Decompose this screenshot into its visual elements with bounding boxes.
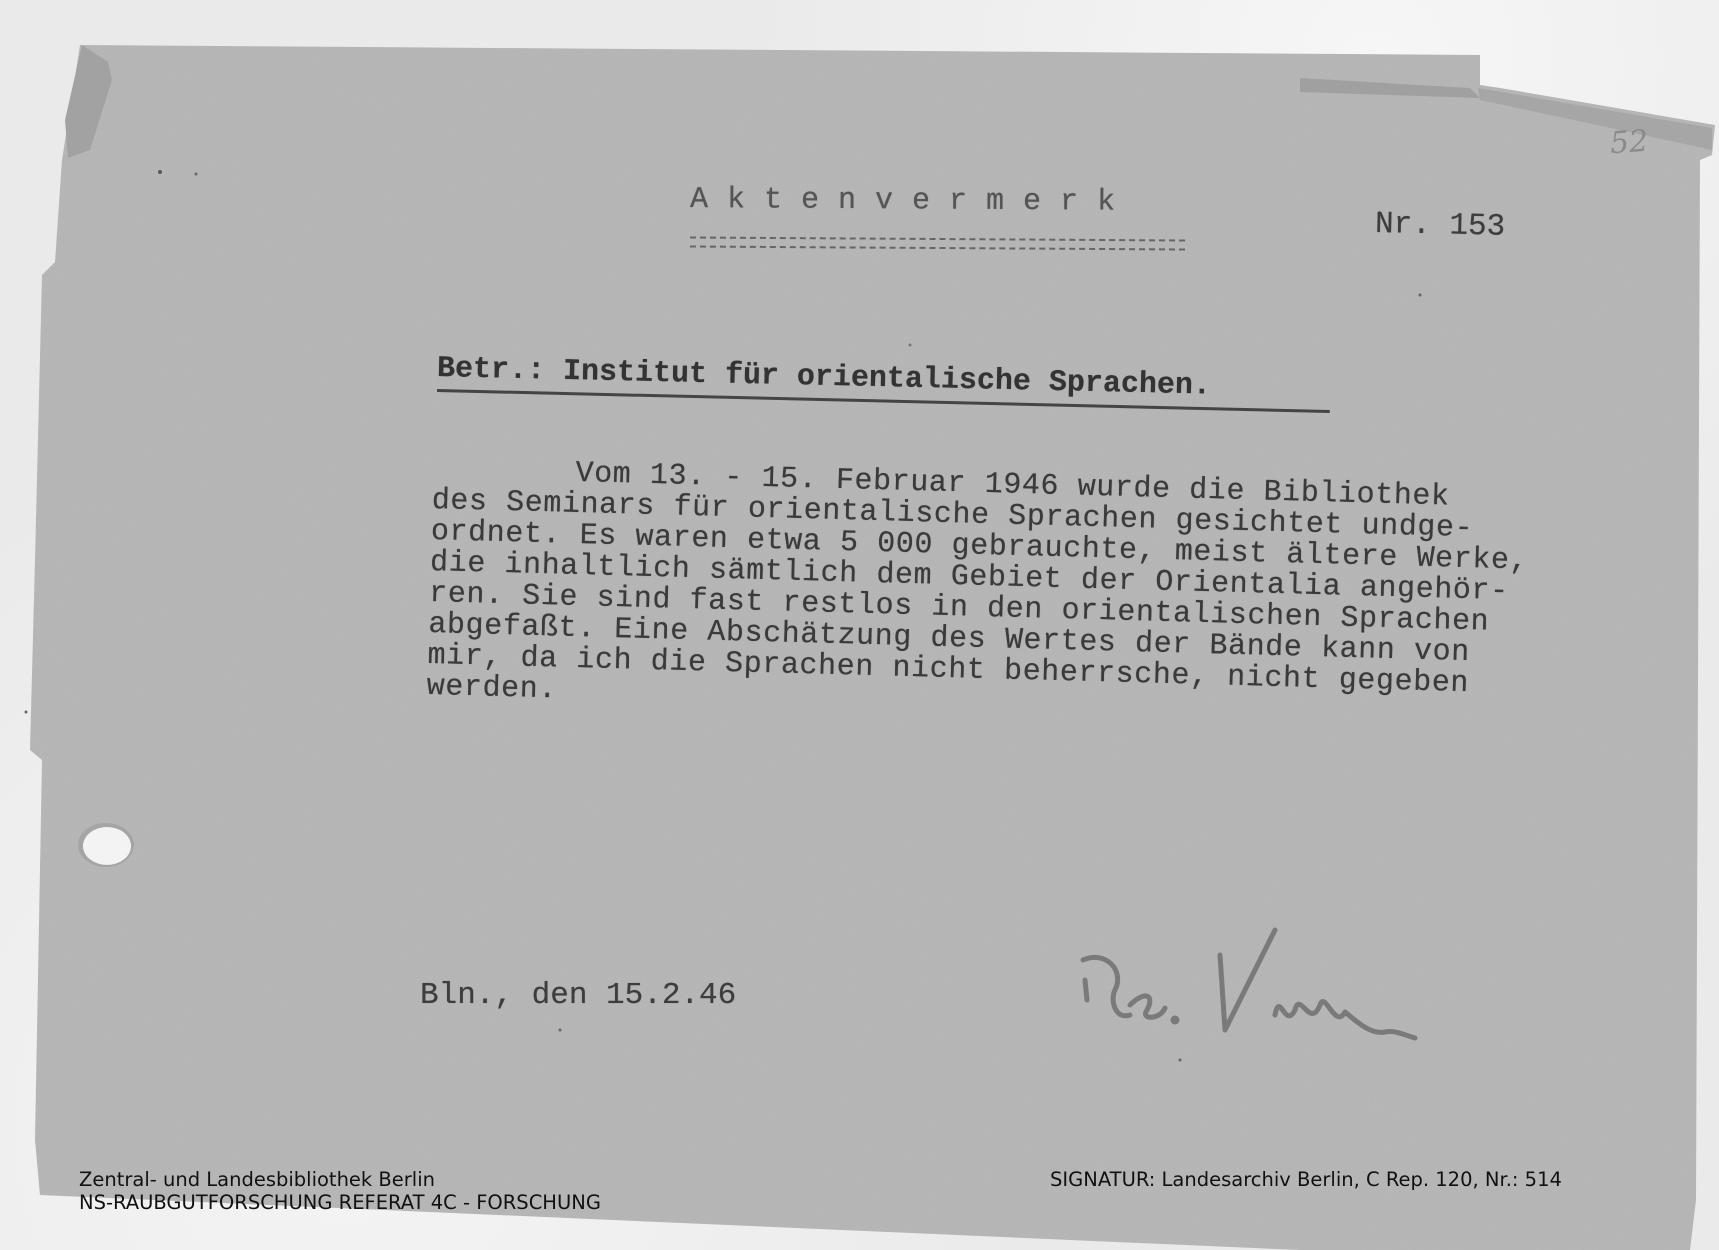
place-date: Bln., den 15.2.46 (420, 978, 736, 1013)
signature-strokes (1075, 920, 1475, 1060)
footer-archive-info: Zentral- und Landesbibliothek Berlin NS-… (79, 1168, 601, 1214)
document-heading: Aktenvermerk (690, 183, 1134, 220)
memo-body: Vom 13. - 15. Februar 1946 wurde die Bib… (426, 455, 1530, 733)
footer-signatur: SIGNATUR: Landesarchiv Berlin, C Rep. 12… (1050, 1168, 1562, 1191)
footer-institution: Zentral- und Landesbibliothek Berlin (79, 1168, 601, 1191)
footer-department: NS-RAUBGUTFORSCHUNG REFERAT 4C - FORSCHU… (79, 1191, 601, 1214)
handwritten-signature (1075, 920, 1475, 1065)
folio-mark: 52 (1609, 124, 1650, 162)
document-number: Nr. 153 (1375, 207, 1506, 245)
